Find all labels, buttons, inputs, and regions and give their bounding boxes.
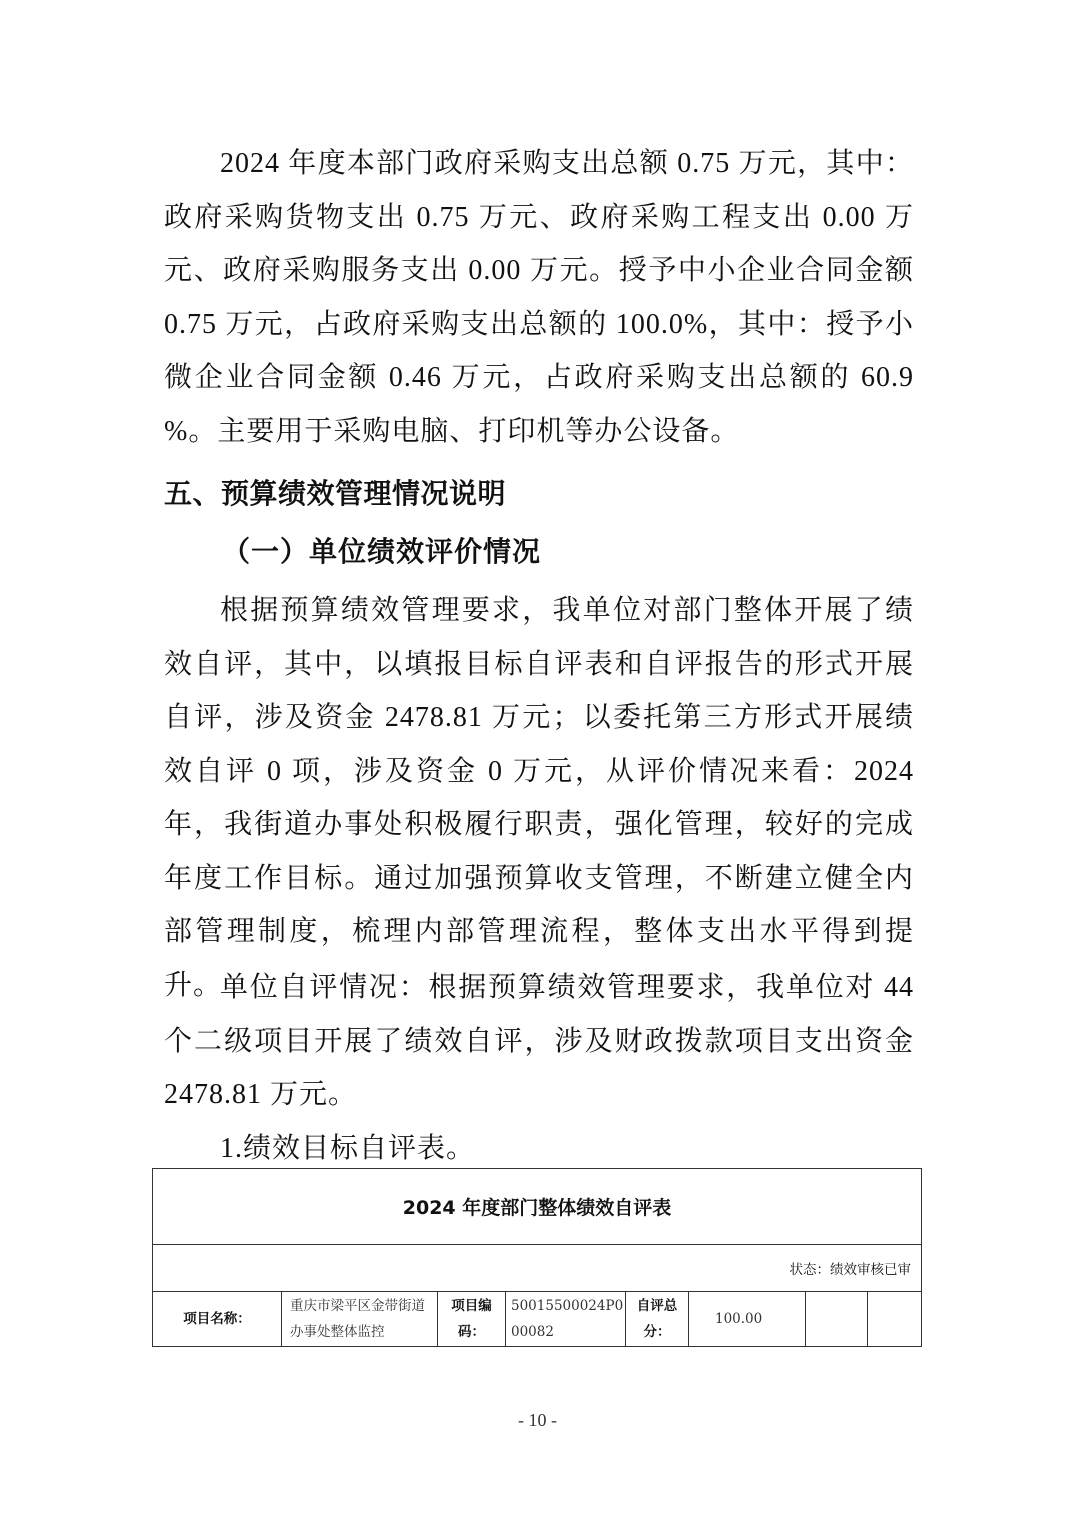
status-text: 状态：绩效审核已审 [153,1245,921,1292]
table-row: 项目名称： 重庆市梁平区金带街道办事处整体监控 项目编码： 5001550002… [153,1292,921,1347]
project-code-value: 50015500024P000082 [506,1292,626,1346]
paragraph-procurement: 2024 年度本部门政府采购支出总额 0.75 万元，其中：政府采购货物支出 0… [164,137,914,458]
empty-cell [868,1292,921,1346]
project-code-label: 项目编码： [438,1292,506,1346]
document-page: 2024 年度本部门政府采购支出总额 0.75 万元，其中：政府采购货物支出 0… [0,0,1075,1520]
paragraph-evaluation: 根据预算绩效管理要求，我单位对部门整体开展了绩效自评，其中，以填报目标自评表和自… [164,584,914,1012]
subsection-heading: （一）单位绩效评价情况 [222,530,541,570]
project-name-value: 重庆市梁平区金带街道办事处整体监控 [282,1292,438,1346]
page-number: - 10 - [0,1410,1075,1431]
empty-cell [806,1292,868,1346]
paragraph-self-evaluation: 单位自评情况：根据预算绩效管理要求，我单位对 44 个二级项目开展了绩效自评，涉… [164,961,914,1122]
section-heading: 五、预算绩效管理情况说明 [164,472,506,512]
table-title: 2024 年度部门整体绩效自评表 [153,1169,921,1245]
score-label: 自评总分： [626,1292,689,1346]
score-value: 100.00 [689,1292,806,1346]
project-name-label: 项目名称： [153,1292,282,1346]
self-evaluation-table: 2024 年度部门整体绩效自评表 状态：绩效审核已审 项目名称： 重庆市梁平区金… [152,1168,922,1347]
